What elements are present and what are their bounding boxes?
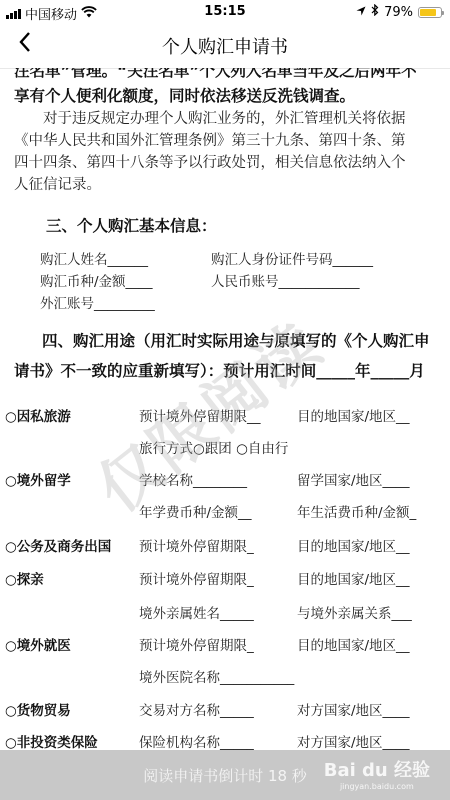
countdown-text: 阅读申请书倒计时 18 秒	[143, 765, 307, 786]
field-stay-period: 预计境外停留期限_	[139, 568, 254, 588]
battery-percent: 79%	[384, 5, 413, 20]
field-school-name: 学校名称________	[139, 469, 247, 489]
field-rmb-account: 人民币账号____________	[211, 270, 360, 290]
paragraph-penalty-line1: 对于违反规定办理个人购汇业务的，外汇管理机关将依据	[14, 108, 406, 130]
field-destination: 目的地国家/地区__	[297, 568, 410, 588]
field-counterparty-country: 对方国家/地区____	[297, 731, 410, 750]
page-title: 个人购汇申请书	[162, 33, 288, 59]
location-icon	[356, 5, 366, 20]
purpose-insurance[interactable]: ○非投资类保险	[5, 731, 98, 750]
field-living-cost: 年生活费币种/金额_	[297, 501, 416, 521]
field-counterparty-country: 对方国家/地区____	[297, 699, 410, 719]
paragraph-penalty-line4: 人征信记录。	[14, 174, 101, 196]
section-4-title-line2: 请书》不一致的应重新填写）：预计用汇时间_____年_____月	[14, 359, 425, 381]
bluetooth-icon	[371, 4, 379, 20]
purpose-business-trip[interactable]: ○公务及商务出国	[5, 535, 111, 555]
section-3-title: 三、个人购汇基本信息：	[46, 214, 217, 236]
brand-url: jingyan.baidu.com	[324, 782, 430, 791]
field-relationship: 与境外亲属关系___	[297, 602, 412, 622]
field-travel-mode: 旅行方式○跟团 ○自由行	[139, 437, 288, 457]
chevron-left-icon[interactable]	[18, 30, 32, 60]
purpose-family-visit[interactable]: ○探亲	[5, 568, 44, 588]
status-bar: 中国移动 15:15 79%	[0, 0, 450, 24]
field-stay-period: 预计境外停留期限_	[139, 535, 254, 555]
paragraph-penalty-line3: 四十四条、第四十八条等予以行政处罚，相关信息依法纳入个	[14, 152, 406, 174]
purpose-goods-trade[interactable]: ○货物贸易	[5, 699, 71, 719]
paragraph-warning-line2: 享有个人便利化额度，同时依法移送反洗钱调查。	[14, 85, 355, 107]
baidu-logo: Bai du 经验 jingyan.baidu.com	[324, 756, 430, 791]
document-content[interactable]: 注名单”管理。“关注名单”个人列入名单当年及之后两年不 享有个人便利化额度，同时…	[0, 68, 450, 750]
purpose-medical[interactable]: ○境外就医	[5, 634, 71, 654]
field-destination: 目的地国家/地区__	[297, 634, 410, 654]
field-insurer-name: 保险机构名称_____	[139, 731, 254, 750]
paragraph-penalty-line2: 《中华人民共和国外汇管理条例》第三十九条、第四十条、第	[14, 130, 406, 152]
field-fx-account: 外汇账号_________	[40, 292, 155, 312]
field-destination: 目的地国家/地区__	[297, 535, 410, 555]
field-destination: 目的地国家/地区__	[297, 405, 410, 425]
purpose-study-abroad[interactable]: ○境外留学	[5, 469, 71, 489]
battery-icon	[418, 7, 442, 18]
field-relative-name: 境外亲属姓名_____	[139, 602, 254, 622]
purpose-private-travel[interactable]: ○因私旅游	[5, 405, 71, 425]
field-tuition: 年学费币种/金额__	[139, 501, 252, 521]
paragraph-warning-line1: 注名单”管理。“关注名单”个人列入名单当年及之后两年不	[14, 68, 417, 82]
navigation-bar: 个人购汇申请书	[0, 24, 450, 68]
field-study-country: 留学国家/地区____	[297, 469, 410, 489]
field-buyer-id: 购汇人身份证件号码______	[211, 248, 373, 268]
field-hospital-name: 境外医院名称___________	[139, 666, 294, 686]
brand-text: Bai du 经验	[324, 756, 430, 782]
field-currency-amount: 购汇币种/金额____	[40, 270, 153, 290]
field-counterparty-name: 交易对方名称_____	[139, 699, 254, 719]
field-stay-period: 预计境外停留期限__	[139, 405, 261, 425]
section-4-title-line1: 四、购汇用途（用汇时实际用途与原填写的《个人购汇申	[42, 329, 430, 351]
field-buyer-name: 购汇人姓名______	[40, 248, 148, 268]
field-stay-period: 预计境外停留期限_	[139, 634, 254, 654]
